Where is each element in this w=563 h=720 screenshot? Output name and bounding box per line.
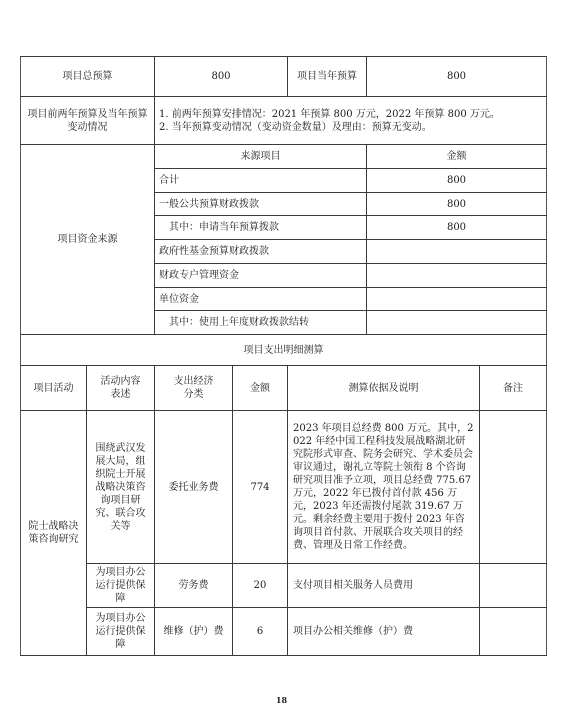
- activity-content: 为项目办公运行提供保障: [87, 564, 155, 608]
- funding-source-amount: 800: [367, 169, 547, 193]
- expense-header-row: 项目活动 活动内容表述 支出经济分类 金额 测算依据及说明 备注: [21, 366, 547, 411]
- calculation-basis: 支付项目相关服务人员费用: [288, 564, 480, 608]
- project-budget-table: 项目总预算 800 项目当年预算 800 项目前两年预算及当年预算变动情况 1.…: [20, 56, 547, 656]
- activity-content: 为项目办公运行提供保障: [87, 608, 155, 656]
- funding-source-amount: [367, 288, 547, 311]
- funding-header-amount: 金额: [367, 145, 547, 169]
- budget-change-description: 1. 前两年预算安排情况：2021 年预算 800 万元，2022 年预算 80…: [155, 97, 547, 145]
- expense-section-title-row: 项目支出明细测算: [21, 335, 547, 366]
- expense-remarks: [480, 564, 547, 608]
- activity-content-text: 为项目办公运行提供保障: [94, 612, 148, 651]
- activity-content: 围绕武汉发展大局，组织院士开展战略决策咨询项目研究、联合攻关等: [87, 411, 155, 564]
- expense-remarks: [480, 608, 547, 656]
- funding-source-amount: [367, 264, 547, 288]
- header-content: 活动内容表述: [87, 366, 155, 411]
- header-basis: 测算依据及说明: [288, 366, 480, 411]
- funding-source-name: 其中：申请当年预算拨款: [155, 216, 367, 240]
- budget-change-line-2: 2. 当年预算变动情况（变动资金数量）及理由：预算无变动。: [159, 121, 542, 134]
- calculation-basis: 项目办公相关维修（护）费: [288, 608, 480, 656]
- expense-row: 院士战略决策咨询研究 围绕武汉发展大局，组织院士开展战略决策咨询项目研究、联合攻…: [21, 411, 547, 564]
- expense-amount: 20: [233, 564, 288, 608]
- economic-class: 劳务费: [155, 564, 233, 608]
- page-number: 18: [0, 695, 563, 705]
- budget-change-row: 项目前两年预算及当年预算变动情况 1. 前两年预算安排情况：2021 年预算 8…: [21, 97, 547, 145]
- funding-source-name: 单位资金: [155, 288, 367, 311]
- funding-source-amount: 800: [367, 193, 547, 216]
- total-budget-value: 800: [155, 57, 288, 97]
- expense-row: 为项目办公运行提供保障 维修（护）费 6 项目办公相关维修（护）费: [21, 608, 547, 656]
- expense-remarks: [480, 411, 547, 564]
- funding-source-name: 其中：使用上年度财政拨款结转: [155, 311, 367, 335]
- expense-section-title: 项目支出明细测算: [21, 335, 547, 366]
- document-page: 项目总预算 800 项目当年预算 800 项目前两年预算及当年预算变动情况 1.…: [0, 0, 563, 720]
- header-activity: 项目活动: [21, 366, 87, 411]
- budget-change-line-1: 1. 前两年预算安排情况：2021 年预算 800 万元，2022 年预算 80…: [159, 108, 542, 121]
- header-remarks: 备注: [480, 366, 547, 411]
- header-amount: 金额: [233, 366, 288, 411]
- economic-class: 维修（护）费: [155, 608, 233, 656]
- funding-source-amount: [367, 311, 547, 335]
- header-economic-class-text: 支出经济分类: [172, 375, 216, 401]
- header-economic-class: 支出经济分类: [155, 366, 233, 411]
- calculation-basis: 2023 年项目总经费 800 万元。其中，2022 年经中国工程科技发展战略湖…: [288, 411, 480, 564]
- activity-content-text: 围绕武汉发展大局，组织院士开展战略决策咨询项目研究、联合攻关等: [94, 442, 148, 533]
- current-year-budget-label: 项目当年预算: [288, 57, 367, 97]
- economic-class: 委托业务费: [155, 411, 233, 564]
- total-budget-label: 项目总预算: [21, 57, 155, 97]
- funding-source-amount: [367, 240, 547, 264]
- header-content-text: 活动内容表述: [99, 375, 143, 401]
- funding-header-row: 项目资金来源 来源项目 金额: [21, 145, 547, 169]
- funding-header-source: 来源项目: [155, 145, 367, 169]
- funding-source-amount: 800: [367, 216, 547, 240]
- funding-source-name: 一般公共预算财政拨款: [155, 193, 367, 216]
- funding-sources-label: 项目资金来源: [21, 145, 155, 335]
- activity-name-text: 院士战略决策咨询研究: [26, 520, 82, 546]
- budget-summary-row: 项目总预算 800 项目当年预算 800: [21, 57, 547, 97]
- funding-source-name: 合计: [155, 169, 367, 193]
- activity-content-text: 为项目办公运行提供保障: [94, 566, 148, 605]
- funding-source-name: 政府性基金预算财政拨款: [155, 240, 367, 264]
- expense-row: 为项目办公运行提供保障 劳务费 20 支付项目相关服务人员费用: [21, 564, 547, 608]
- activity-name: 院士战略决策咨询研究: [21, 411, 87, 656]
- expense-amount: 774: [233, 411, 288, 564]
- current-year-budget-value: 800: [367, 57, 547, 97]
- expense-amount: 6: [233, 608, 288, 656]
- funding-source-name: 财政专户管理资金: [155, 264, 367, 288]
- budget-change-label: 项目前两年预算及当年预算变动情况: [21, 97, 155, 145]
